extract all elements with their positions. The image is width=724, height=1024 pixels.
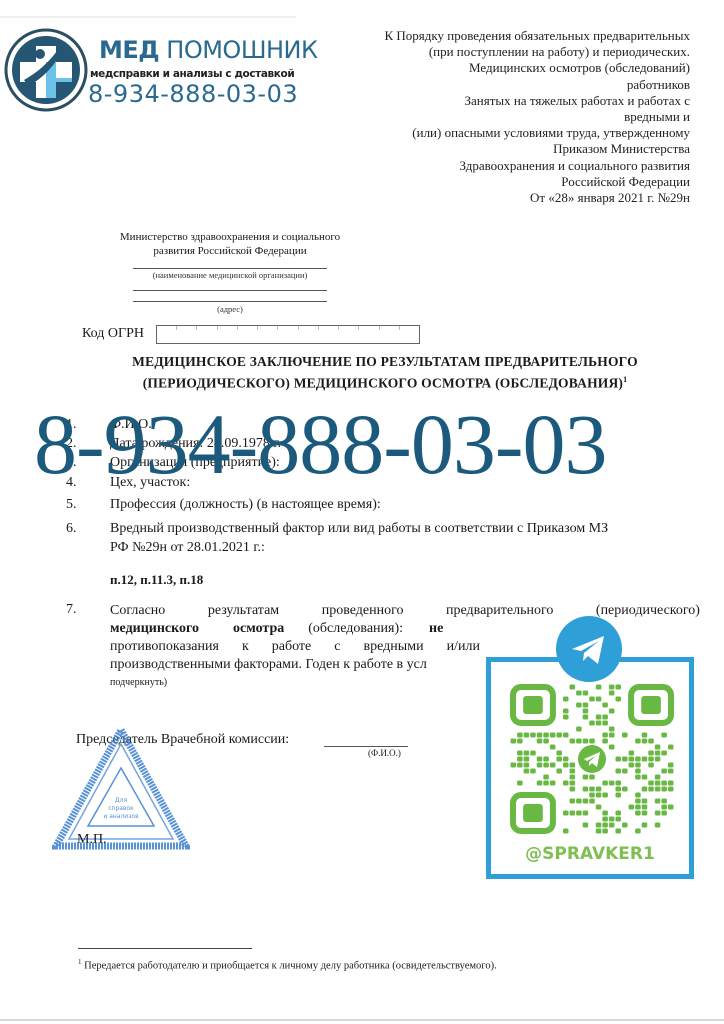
medical-cross-person-icon (4, 28, 88, 112)
brand-phone: 8-934-888-03-03 (88, 80, 298, 108)
svg-text:справок: справок (108, 805, 134, 812)
order-reference-line: К Порядку проведения обязательных предва… (350, 28, 690, 44)
bottom-border-line (0, 1019, 724, 1021)
fio-caption: (Ф.И.О.) (368, 748, 401, 758)
ogrn-field[interactable] (156, 325, 420, 344)
order-reference-line: Занятых на тяжелых работах и работах с (350, 93, 690, 109)
stamp-place-label: М.П. (77, 832, 107, 848)
ministry-name: Министерство здравоохранения и социально… (95, 230, 365, 258)
address-line-1 (133, 290, 327, 291)
order-reference-line: Медицинских осмотров (обследований) (350, 60, 690, 76)
chair-signature-line (324, 746, 408, 747)
order-reference: К Порядку проведения обязательных предва… (350, 28, 690, 206)
qr-code[interactable] (510, 684, 674, 834)
item-profession: 5.Профессия (должность) (в настоящее вре… (66, 496, 706, 514)
ministry-line-1: Министерство здравоохранения и социально… (95, 230, 365, 244)
harmful-factor-codes: п.12, п.11.3, п.18 (110, 572, 203, 588)
top-border-line (0, 16, 296, 18)
address-caption: (адрес) (120, 304, 340, 314)
ogrn-label: Код ОГРН (82, 326, 144, 342)
telegram-logo (556, 616, 622, 682)
document-title: МЕДИЦИНСКОЕ ЗАКЛЮЧЕНИЕ ПО РЕЗУЛЬТАТАМ ПР… (90, 353, 680, 393)
org-name-line (133, 268, 327, 269)
watermark-phone: 8-934-888-03-03 (34, 394, 607, 494)
order-reference-line: (при поступлении на работу) и периодичес… (350, 44, 690, 60)
order-reference-line: От «28» января 2021 г. №29н (350, 190, 690, 206)
order-reference-line: работников (350, 77, 690, 93)
order-reference-line: Российской Федерации (350, 174, 690, 190)
svg-text:Для: Для (115, 797, 128, 804)
telegram-plane-icon (556, 616, 622, 682)
order-reference-line: Здравоохранения и социального развития (350, 158, 690, 174)
telegram-handle[interactable]: @SPRAVKER1 (486, 844, 694, 864)
svg-text:и анализов: и анализов (103, 813, 139, 820)
org-name-caption: (наименование медицинской организации) (120, 270, 340, 280)
company-logo: МЕД ПОМОШНИК медсправки и анализы с дост… (4, 24, 294, 109)
order-reference-line: Приказом Министерства (350, 141, 690, 157)
triangle-stamp-icon: Для справок и анализов (52, 726, 190, 850)
brand-tagline: медсправки и анализы с доставкой (90, 68, 294, 80)
item-harmful-factor: 6. Вредный производственный фактор или в… (66, 520, 706, 560)
footnote: 1 Передается работодателю и приобщается … (78, 958, 497, 972)
ministry-line-2: развития Российской Федерации (95, 244, 365, 258)
item-7-number: 7. (66, 602, 77, 618)
brand-name: МЕД ПОМОШНИК (99, 36, 318, 64)
footnote-separator (78, 948, 252, 949)
address-line-2 (133, 301, 327, 302)
order-reference-line: (или) опасными условиями труда, утвержде… (350, 125, 690, 141)
order-reference-line: вредными и (350, 109, 690, 125)
title-line-1: МЕДИЦИНСКОЕ ЗАКЛЮЧЕНИЕ ПО РЕЗУЛЬТАТАМ ПР… (90, 353, 680, 371)
title-line-2: (ПЕРИОДИЧЕСКОГО) МЕДИЦИНСКОГО ОСМОТРА (О… (90, 371, 680, 393)
